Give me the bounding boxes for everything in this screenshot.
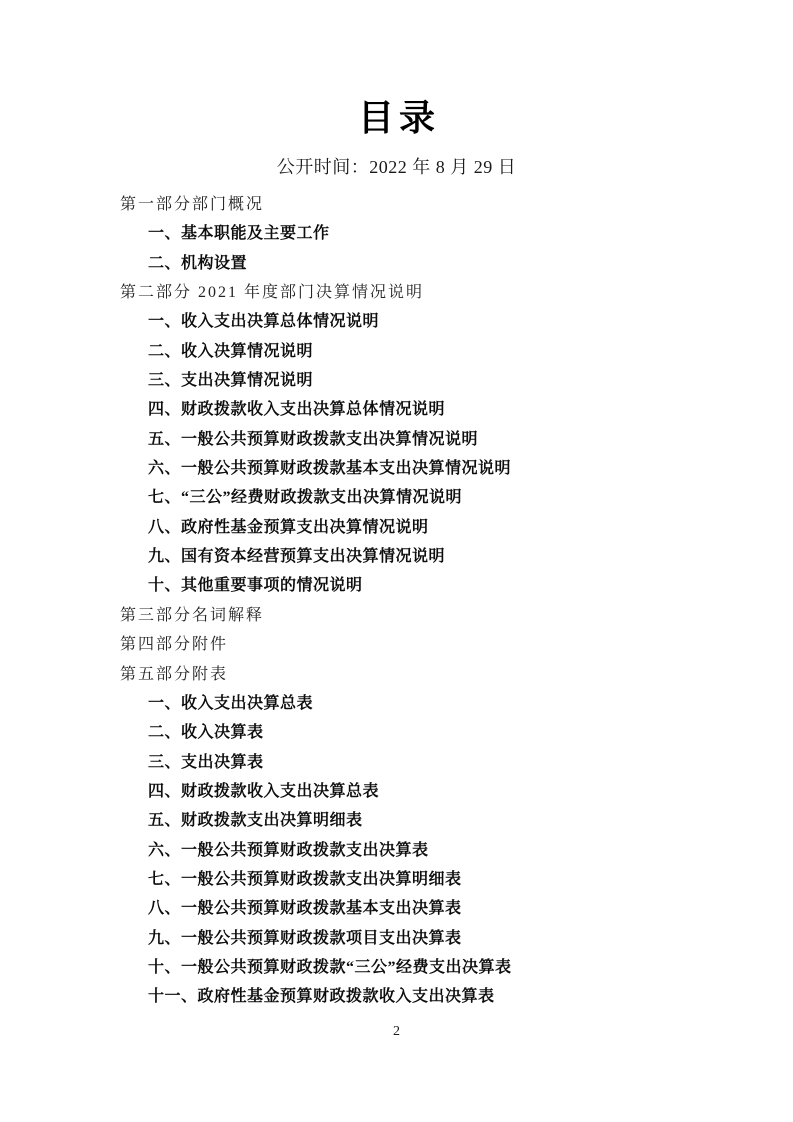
toc-entry: 六、一般公共预算财政拨款支出决算表	[0, 836, 793, 865]
toc-entry: 十一、政府性基金预算财政拨款收入支出决算表	[0, 982, 793, 1011]
toc-entry: 三、支出决算情况说明	[0, 366, 793, 395]
toc-entry: 二、收入决算表	[0, 718, 793, 747]
toc-entry: 一、收入支出决算总体情况说明	[0, 307, 793, 336]
page-title: 目录	[0, 0, 793, 139]
toc-entry: 五、财政拨款支出决算明细表	[0, 806, 793, 835]
toc-section-heading: 第一部分部门概况	[0, 190, 793, 219]
toc-entry: 二、收入决算情况说明	[0, 337, 793, 366]
toc-entry: 四、财政拨款收入支出决算总表	[0, 777, 793, 806]
toc-entry: 七、“三公”经费财政拨款支出决算情况说明	[0, 483, 793, 512]
toc-section-heading: 第二部分 2021 年度部门决算情况说明	[0, 278, 793, 307]
toc-entry: 八、政府性基金预算支出决算情况说明	[0, 513, 793, 542]
toc-entry: 四、财政拨款收入支出决算总体情况说明	[0, 395, 793, 424]
page-number: 2	[0, 1023, 793, 1041]
publish-date: 公开时间：2022 年 8 月 29 日	[0, 156, 793, 178]
toc-entry: 十、其他重要事项的情况说明	[0, 571, 793, 600]
toc-entry: 一、基本职能及主要工作	[0, 219, 793, 248]
toc-section-heading: 第三部分名词解释	[0, 601, 793, 630]
toc-section-heading: 第四部分附件	[0, 630, 793, 659]
toc-entry: 十、一般公共预算财政拨款“三公”经费支出决算表	[0, 953, 793, 982]
toc-entry: 八、一般公共预算财政拨款基本支出决算表	[0, 894, 793, 923]
toc-entry: 一、收入支出决算总表	[0, 689, 793, 718]
toc-entry: 五、一般公共预算财政拨款支出决算情况说明	[0, 425, 793, 454]
document-page: 目录 公开时间：2022 年 8 月 29 日 第一部分部门概况一、基本职能及主…	[0, 0, 793, 1122]
table-of-contents: 第一部分部门概况一、基本职能及主要工作二、机构设置第二部分 2021 年度部门决…	[0, 190, 793, 1012]
toc-entry: 七、一般公共预算财政拨款支出决算明细表	[0, 865, 793, 894]
toc-entry: 二、机构设置	[0, 249, 793, 278]
toc-section-heading: 第五部分附表	[0, 660, 793, 689]
toc-entry: 九、国有资本经营预算支出决算情况说明	[0, 542, 793, 571]
toc-entry: 九、一般公共预算财政拨款项目支出决算表	[0, 924, 793, 953]
toc-entry: 六、一般公共预算财政拨款基本支出决算情况说明	[0, 454, 793, 483]
toc-entry: 三、支出决算表	[0, 748, 793, 777]
